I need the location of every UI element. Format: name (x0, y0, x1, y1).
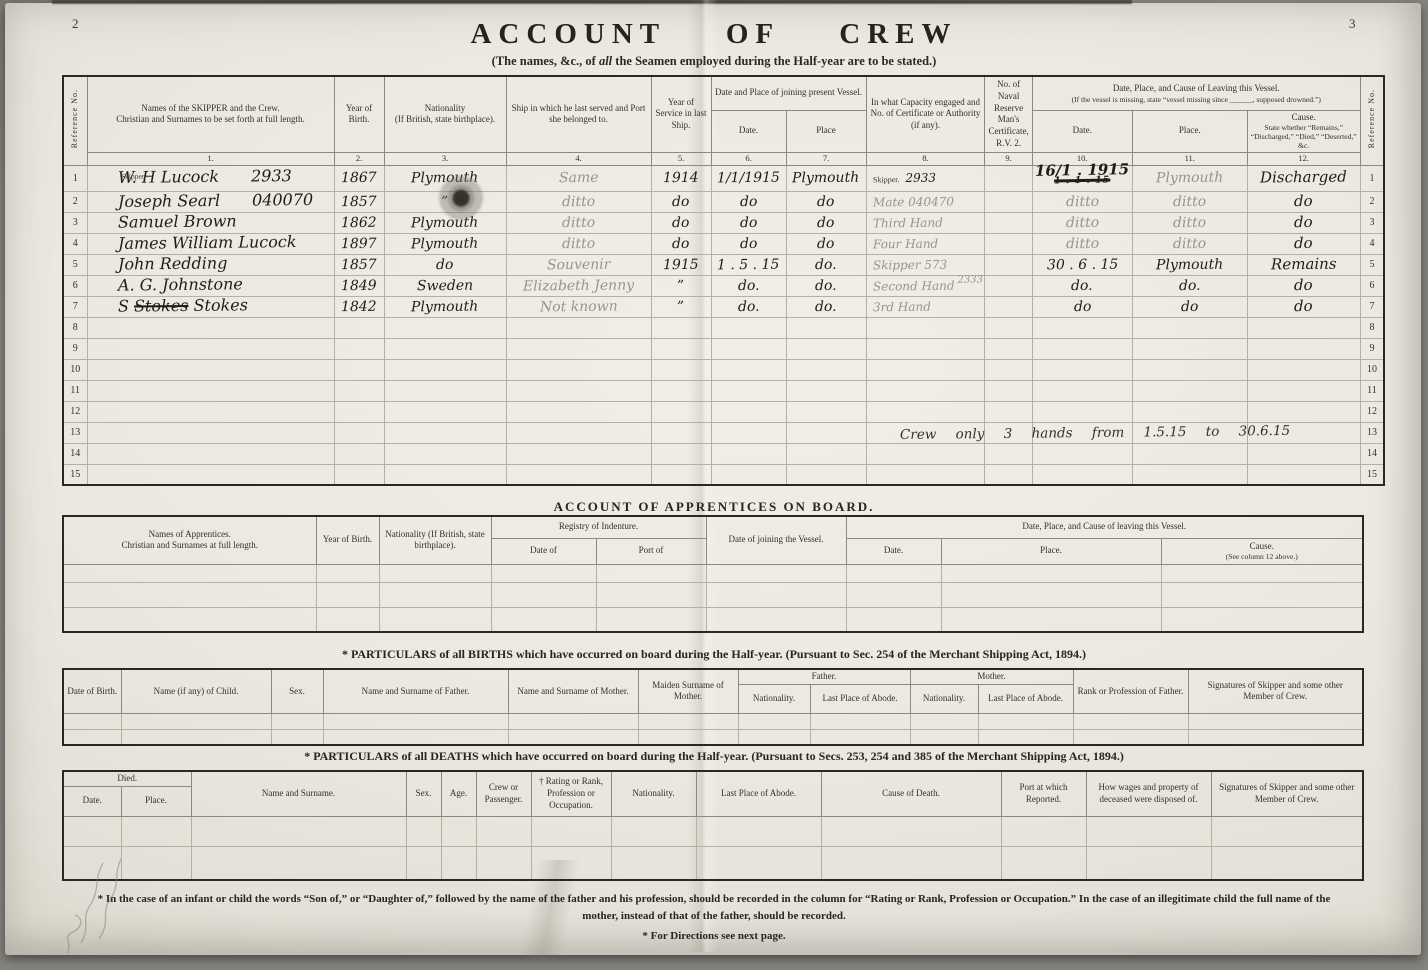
empty-cell (611, 846, 696, 880)
crew-cell-cause: Discharged (1247, 165, 1360, 191)
row-reference-number: 11 (63, 380, 87, 401)
appr-header-ldate: Date. (846, 538, 941, 564)
crew-cell-cause (1247, 443, 1360, 464)
handwritten-entry: do (817, 194, 835, 208)
crew-row: 3Samuel Brown1862PlymouthdittodododoThir… (63, 212, 1384, 233)
empty-cell (1073, 713, 1188, 729)
handwritten-entry: ditto (562, 215, 595, 229)
empty-cell (638, 713, 738, 729)
births-header-rank: Rank or Profession of Father. (1073, 669, 1188, 713)
crew-cell-nationality: do (384, 254, 506, 275)
empty-cell (810, 729, 910, 745)
handwritten-entry: Same (559, 171, 599, 185)
crew-cell-naval (985, 212, 1032, 233)
empty-cell (63, 816, 121, 846)
crew-cell-birth: 1857 (334, 191, 384, 212)
crew-cell-service (651, 380, 711, 401)
handwritten-entry: do (672, 236, 690, 250)
crew-row: 6A. G. Johnstone1849SwedenElizabeth Jenn… (63, 275, 1384, 296)
crew-cell-leave_date (1032, 464, 1132, 485)
empty-cell (121, 713, 271, 729)
empty-cell (441, 846, 476, 880)
crew-cell-nationality (384, 401, 506, 422)
crew-cell-name (87, 443, 334, 464)
col-number: 5. (651, 152, 711, 165)
crew-cell-join_date (711, 317, 786, 338)
crew-cell-leave_place: do (1132, 296, 1247, 317)
crew-cell-name: Skipper.W. H Lucock2933 (87, 165, 334, 191)
crew-cell-nationality (384, 338, 506, 359)
crew-cell-cause: do (1247, 233, 1360, 254)
crew-cell-leave_date: ditto (1032, 233, 1132, 254)
crew-cell-name: Samuel Brown (87, 212, 334, 233)
crew-cell-join_date (711, 380, 786, 401)
handwritten-entry: do (672, 194, 690, 208)
crew-cell-join_date (711, 338, 786, 359)
births-header-father-nationality: Nationality. (738, 684, 810, 713)
handwritten-entry: Skipper.W. H Lucock2933 (117, 168, 291, 186)
row-reference-number: 7 (63, 296, 87, 317)
empty-cell (441, 816, 476, 846)
crew-cell-ship (506, 422, 651, 443)
births-header-child: Name (if any) of Child. (121, 669, 271, 713)
empty-cell (1211, 816, 1363, 846)
crew-cell-cause: do (1247, 212, 1360, 233)
crew-note: Crew only 3 hands from 1.5.15 to 30.6.15 (900, 424, 1336, 442)
empty-cell (508, 713, 638, 729)
row-reference-number: 5 (63, 254, 87, 275)
crew-cell-cause: do (1247, 191, 1360, 212)
col-number: 8. (866, 152, 985, 165)
crew-row: 4James William Lucock1897Plymouthdittodo… (63, 233, 1384, 254)
handwritten-entry: do. (815, 278, 837, 292)
appr-header-lcause: Cause.(See column 12 above.) (1161, 538, 1363, 564)
birth-row (63, 713, 1363, 729)
handwritten-entry: 3rd Hand (872, 300, 930, 313)
apprentices-table-body (63, 564, 1363, 632)
crew-cell-join_date: 1 . 5 . 15 (711, 254, 786, 275)
crew-cell-birth: 1897 (334, 233, 384, 254)
crew-cell-ship (506, 359, 651, 380)
crew-cell-leave_date (1032, 443, 1132, 464)
crew-cell-capacity: Third Hand (866, 212, 985, 233)
handwritten-entry: do. (1071, 278, 1093, 292)
crew-cell-naval (985, 254, 1032, 275)
empty-cell (810, 713, 910, 729)
empty-cell (406, 816, 441, 846)
deaths-header-rating: † Rating or Rank, Profession or Occupati… (531, 771, 611, 816)
crew-cell-cause (1247, 464, 1360, 485)
deaths-table: Died. Name and Surname. Sex. Age. Crew o… (62, 770, 1364, 881)
handwritten-entry: ditto (1173, 236, 1206, 250)
crew-cell-capacity (866, 359, 985, 380)
crew-cell-nationality: Plymouth (384, 212, 506, 233)
crew-cell-birth: 1849 (334, 275, 384, 296)
empty-cell (910, 713, 978, 729)
form-subtitle: (The names, &c., of all the Seamen emplo… (0, 54, 1428, 69)
crew-cell-join_place: do. (786, 254, 866, 275)
birth-row (63, 729, 1363, 745)
crew-cell-leave_date (1032, 380, 1132, 401)
empty-cell (846, 607, 941, 632)
crew-cell-ship (506, 464, 651, 485)
appr-header-port-of: Port of (596, 538, 706, 564)
crew-cell-capacity: Skipper 573 (866, 254, 985, 275)
empty-cell (706, 564, 846, 582)
form-page: 2 3 ACCOUNT OF CREW (The names, &c., of … (0, 0, 1428, 970)
births-header-maiden: Maiden Surname of Mother. (638, 669, 738, 713)
crew-cell-join_date (711, 401, 786, 422)
crew-cell-leave_date (1032, 338, 1132, 359)
crew-cell-capacity (866, 338, 985, 359)
crew-cell-naval (985, 317, 1032, 338)
crew-cell-nationality: Plymouth (384, 296, 506, 317)
deaths-header-signatures: Signatures of Skipper and some other Mem… (1211, 771, 1363, 816)
crew-row: 5John Redding1857doSouvenir19151 . 5 . 1… (63, 254, 1384, 275)
empty-cell (1161, 564, 1363, 582)
row-reference-number: 6 (63, 275, 87, 296)
handwritten-entry: A. G. Johnstone (117, 276, 242, 293)
row-reference-number: 2 (1360, 191, 1384, 212)
crew-cell-service: ” (651, 275, 711, 296)
handwritten-entry: 1857 (341, 194, 377, 208)
handwritten-entry: ditto (562, 236, 595, 250)
crew-cell-ship: Same (506, 165, 651, 191)
col-number: 1. (87, 152, 334, 165)
births-header-date: Date of Birth. (63, 669, 121, 713)
crew-cell-name (87, 338, 334, 359)
births-header-signatures: Signatures of Skipper and some other Mem… (1188, 669, 1363, 713)
crew-row: 1010 (63, 359, 1384, 380)
crew-cell-nationality: Sweden (384, 275, 506, 296)
crew-cell-name (87, 317, 334, 338)
crew-cell-naval (985, 296, 1032, 317)
empty-cell (611, 816, 696, 846)
crew-cell-nationality (384, 422, 506, 443)
empty-cell (978, 713, 1073, 729)
crew-cell-name (87, 401, 334, 422)
empty-cell (323, 729, 508, 745)
crew-cell-leave_date (1032, 359, 1132, 380)
crew-cell-capacity: Mate 040470 (866, 191, 985, 212)
subtitle-em: all (599, 54, 612, 68)
births-table: Date of Birth. Name (if any) of Child. S… (62, 668, 1364, 746)
crew-cell-join_date (711, 464, 786, 485)
crew-cell-join_place (786, 401, 866, 422)
appr-group-leaving: Date, Place, and Cause of leaving this V… (846, 516, 1363, 538)
empty-cell (316, 582, 379, 607)
empty-cell (910, 729, 978, 745)
crew-row: 99 (63, 338, 1384, 359)
crew-cell-nationality (384, 380, 506, 401)
crew-cell-service (651, 464, 711, 485)
empty-cell (706, 582, 846, 607)
printed-label: Skipper. (872, 175, 899, 184)
crew-cell-nationality (384, 443, 506, 464)
crew-cell-service: do (651, 212, 711, 233)
handwritten-entry: John Redding (117, 255, 227, 272)
crew-cell-name (87, 422, 334, 443)
crew-cell-leave_place (1132, 338, 1247, 359)
crew-cell-leave_date: 16/1 . 19151 . 1 . 15 (1032, 165, 1132, 191)
empty-cell (531, 846, 611, 880)
handwritten-entry: Third Hand (872, 216, 942, 229)
handwritten-entry: 1857 (341, 257, 377, 271)
col-header-nationality: Nationality(If British, state birthplace… (384, 76, 506, 152)
handwritten-entry: Plymouth (411, 236, 478, 251)
deaths-title: * PARTICULARS of all DEATHS which have o… (0, 749, 1428, 764)
handwritten-entry: do (1294, 193, 1313, 208)
crew-cell-cause (1247, 380, 1360, 401)
crew-cell-nationality (384, 359, 506, 380)
handwritten-entry: do. (815, 299, 837, 313)
crew-cell-join_place (786, 338, 866, 359)
crew-cell-service: do (651, 233, 711, 254)
crew-cell-capacity (866, 317, 985, 338)
row-reference-number: 3 (63, 212, 87, 233)
empty-cell (1161, 582, 1363, 607)
apprentice-row (63, 564, 1363, 582)
crew-cell-capacity (866, 401, 985, 422)
crew-cell-leave_date: ditto (1032, 212, 1132, 233)
row-reference-number: 5 (1360, 254, 1384, 275)
col-number: 6. (711, 152, 786, 165)
crew-cell-service: ” (651, 296, 711, 317)
empty-cell (1073, 729, 1188, 745)
crew-cell-leave_date: 30 . 6 . 15 (1032, 254, 1132, 275)
empty-cell (706, 607, 846, 632)
crew-cell-join_place: do (786, 212, 866, 233)
directions-note: * For Directions see next page. (0, 930, 1428, 942)
row-reference-number: 7 (1360, 296, 1384, 317)
crew-cell-leave_place: do. (1132, 275, 1247, 296)
empty-cell (1188, 729, 1363, 745)
footnote: * In the case of an infant or child the … (84, 891, 1344, 925)
death-row (63, 846, 1363, 880)
deaths-header-place: Place. (121, 786, 191, 816)
crew-cell-leave_place (1132, 401, 1247, 422)
apprentice-row (63, 582, 1363, 607)
empty-cell (821, 816, 1001, 846)
crew-cell-capacity: Second Hand2333 (866, 275, 985, 296)
crew-row: 88 (63, 317, 1384, 338)
crew-cell-nationality (384, 464, 506, 485)
crew-cell-birth (334, 401, 384, 422)
crew-cell-naval (985, 275, 1032, 296)
empty-cell (1211, 846, 1363, 880)
crew-cell-naval (985, 165, 1032, 191)
deaths-header-date: Date. (63, 786, 121, 816)
crew-cell-join_date: 1/1/1915 (711, 165, 786, 191)
handwritten-entry: Elizabeth Jenny (523, 278, 634, 293)
appr-header-joining: Date of joining the Vessel. (706, 516, 846, 564)
crew-cell-service: 1915 (651, 254, 711, 275)
crew-cell-ship (506, 338, 651, 359)
crew-cell-name (87, 464, 334, 485)
handwritten-entry: ditto (1173, 215, 1206, 229)
handwritten-entry: ditto (1173, 194, 1206, 208)
crew-row: 1414 (63, 443, 1384, 464)
struck-date: 1 . 1 . 15 (1035, 175, 1129, 186)
handwritten-entry: 1849 (341, 278, 377, 292)
pencil-scribble (55, 855, 195, 965)
crew-cell-capacity (866, 464, 985, 485)
struck-text: Stokes (133, 295, 188, 315)
form-title: ACCOUNT OF CREW (0, 18, 1428, 51)
crew-cell-ship (506, 401, 651, 422)
col-number: 12. (1247, 152, 1360, 165)
handwritten-entry: ” (677, 278, 684, 292)
col-number: 2. (334, 152, 384, 165)
empty-cell (63, 713, 121, 729)
crew-cell-ship (506, 380, 651, 401)
crew-cell-leave_date (1032, 317, 1132, 338)
empty-cell (638, 729, 738, 745)
handwritten-entry: Four Hand (872, 237, 937, 250)
crew-cell-name (87, 359, 334, 380)
handwritten-entry: 16/1 . 19151 . 1 . 15 (1035, 162, 1130, 186)
crew-cell-name: S Stokes Stokes (87, 296, 334, 317)
handwritten-entry: James William Lucock (117, 234, 296, 252)
handwritten-entry: Remains (1271, 256, 1337, 272)
crew-cell-nationality (384, 317, 506, 338)
crew-cell-service (651, 443, 711, 464)
crew-cell-leave_date: ditto (1032, 191, 1132, 212)
crew-cell-join_date: do. (711, 296, 786, 317)
crew-cell-capacity: Four Hand (866, 233, 985, 254)
row-reference-number: 12 (1360, 401, 1384, 422)
crew-cell-join_date: do. (711, 275, 786, 296)
col-number: 11. (1132, 152, 1247, 165)
ref-no-header-left: Reference No. (63, 76, 87, 165)
subtitle-post: the Seamen employed during the Half-year… (612, 54, 936, 68)
crew-cell-name: James William Lucock (87, 233, 334, 254)
births-header-mother-abode: Last Place of Abode. (978, 684, 1073, 713)
row-reference-number: 8 (1360, 317, 1384, 338)
crew-cell-name: Joseph Searl040070 (87, 191, 334, 212)
crew-cell-leave_place: Plymouth (1132, 165, 1247, 191)
crew-cell-naval (985, 401, 1032, 422)
births-header-father: Name and Surname of Father. (323, 669, 508, 713)
crew-cell-name: John Redding (87, 254, 334, 275)
deaths-table-body (63, 816, 1363, 880)
crew-cell-ship: ditto (506, 191, 651, 212)
crew-cell-cause (1247, 338, 1360, 359)
handwritten-entry: 1867 (341, 171, 377, 185)
handwritten-entry: Plymouth (1156, 257, 1223, 272)
handwritten-entry: ditto (1066, 236, 1099, 250)
handwritten-entry: 1914 (663, 171, 699, 185)
crew-cell-service: do (651, 191, 711, 212)
crew-cell-capacity (866, 443, 985, 464)
row-reference-number: 6 (1360, 275, 1384, 296)
crew-cell-leave_place (1132, 443, 1247, 464)
subtitle-pre: (The names, &c., of (492, 54, 599, 68)
crew-cell-join_place (786, 359, 866, 380)
handwritten-entry: ditto (1066, 194, 1099, 208)
empty-cell (63, 564, 316, 582)
group-header-joining: Date and Place of joining present Vessel… (711, 76, 866, 110)
crew-cell-service: 1914 (651, 165, 711, 191)
crew-cell-leave_date (1032, 401, 1132, 422)
crew-row: 1Skipper.W. H Lucock29331867PlymouthSame… (63, 165, 1384, 191)
crew-cell-cause: do (1247, 296, 1360, 317)
crew-cell-leave_place: ditto (1132, 191, 1247, 212)
crew-cell-ship: ditto (506, 233, 651, 254)
empty-cell (491, 607, 596, 632)
handwritten-entry: Plymouth (411, 299, 478, 314)
deaths-group-died: Died. (63, 771, 191, 786)
crew-cell-service (651, 338, 711, 359)
empty-cell (63, 729, 121, 745)
deaths-header-sex: Sex. (406, 771, 441, 816)
handwritten-entry: Plymouth (1156, 171, 1223, 186)
row-reference-number: 15 (63, 464, 87, 485)
crew-cell-capacity: 3rd Hand (866, 296, 985, 317)
crew-cell-birth: 1857 (334, 254, 384, 275)
crew-cell-name: A. G. Johnstone (87, 275, 334, 296)
crew-cell-ship: Not known (506, 296, 651, 317)
crew-cell-leave_place: ditto (1132, 212, 1247, 233)
row-reference-number: 4 (63, 233, 87, 254)
handwritten-entry: 1897 (341, 236, 377, 250)
crew-cell-cause: do (1247, 275, 1360, 296)
handwritten-entry: 1862 (341, 215, 377, 229)
handwritten-entry: Skipper.2933 (872, 172, 935, 185)
births-header-mother-nationality: Nationality. (910, 684, 978, 713)
crew-cell-birth (334, 422, 384, 443)
crew-cell-service (651, 401, 711, 422)
crew-cell-naval (985, 464, 1032, 485)
crew-cell-join_place: do (786, 191, 866, 212)
handwritten-entry: 1842 (341, 299, 377, 313)
crew-cell-nationality: Plymouth (384, 233, 506, 254)
col-header-naval: No. of Naval Reserve Man's Certificate, … (985, 76, 1032, 152)
crew-cell-naval (985, 191, 1032, 212)
crew-row: 1515 (63, 464, 1384, 485)
col-header-birth: Year of Birth. (334, 76, 384, 152)
crew-note-text: Crew only 3 hands from 1.5.15 to 30.6.15 (900, 425, 1290, 443)
empty-cell (63, 607, 316, 632)
handwritten-entry: Not known (540, 299, 618, 314)
handwritten-entry: Skipper 573 (872, 258, 946, 271)
col-header-join-place: Place (786, 110, 866, 152)
deaths-header-cause: Cause of Death. (821, 771, 1001, 816)
handwritten-entry: do (1073, 299, 1091, 313)
crew-cell-join_date (711, 422, 786, 443)
crew-cell-birth (334, 338, 384, 359)
empty-cell (596, 564, 706, 582)
empty-cell (316, 564, 379, 582)
crew-cell-cause (1247, 359, 1360, 380)
row-reference-number: 14 (1360, 443, 1384, 464)
row-reference-number: 3 (1360, 212, 1384, 233)
handwritten-entry: do (672, 215, 690, 229)
crew-cell-birth (334, 359, 384, 380)
col-header-names: Names of the SKIPPER and the Crew.Christ… (87, 76, 334, 152)
empty-cell (508, 729, 638, 745)
empty-cell (846, 564, 941, 582)
row-reference-number: 14 (63, 443, 87, 464)
crew-cell-naval (985, 359, 1032, 380)
empty-cell (491, 582, 596, 607)
apprentices-table: Names of Apprentices.Christian and Surna… (62, 515, 1364, 633)
crew-cell-service (651, 422, 711, 443)
col-number: 3. (384, 152, 506, 165)
row-reference-number: 13 (1360, 422, 1384, 443)
handwritten-entry: do (1294, 214, 1313, 229)
handwritten-entry: 1 . 5 . 15 (717, 257, 779, 272)
